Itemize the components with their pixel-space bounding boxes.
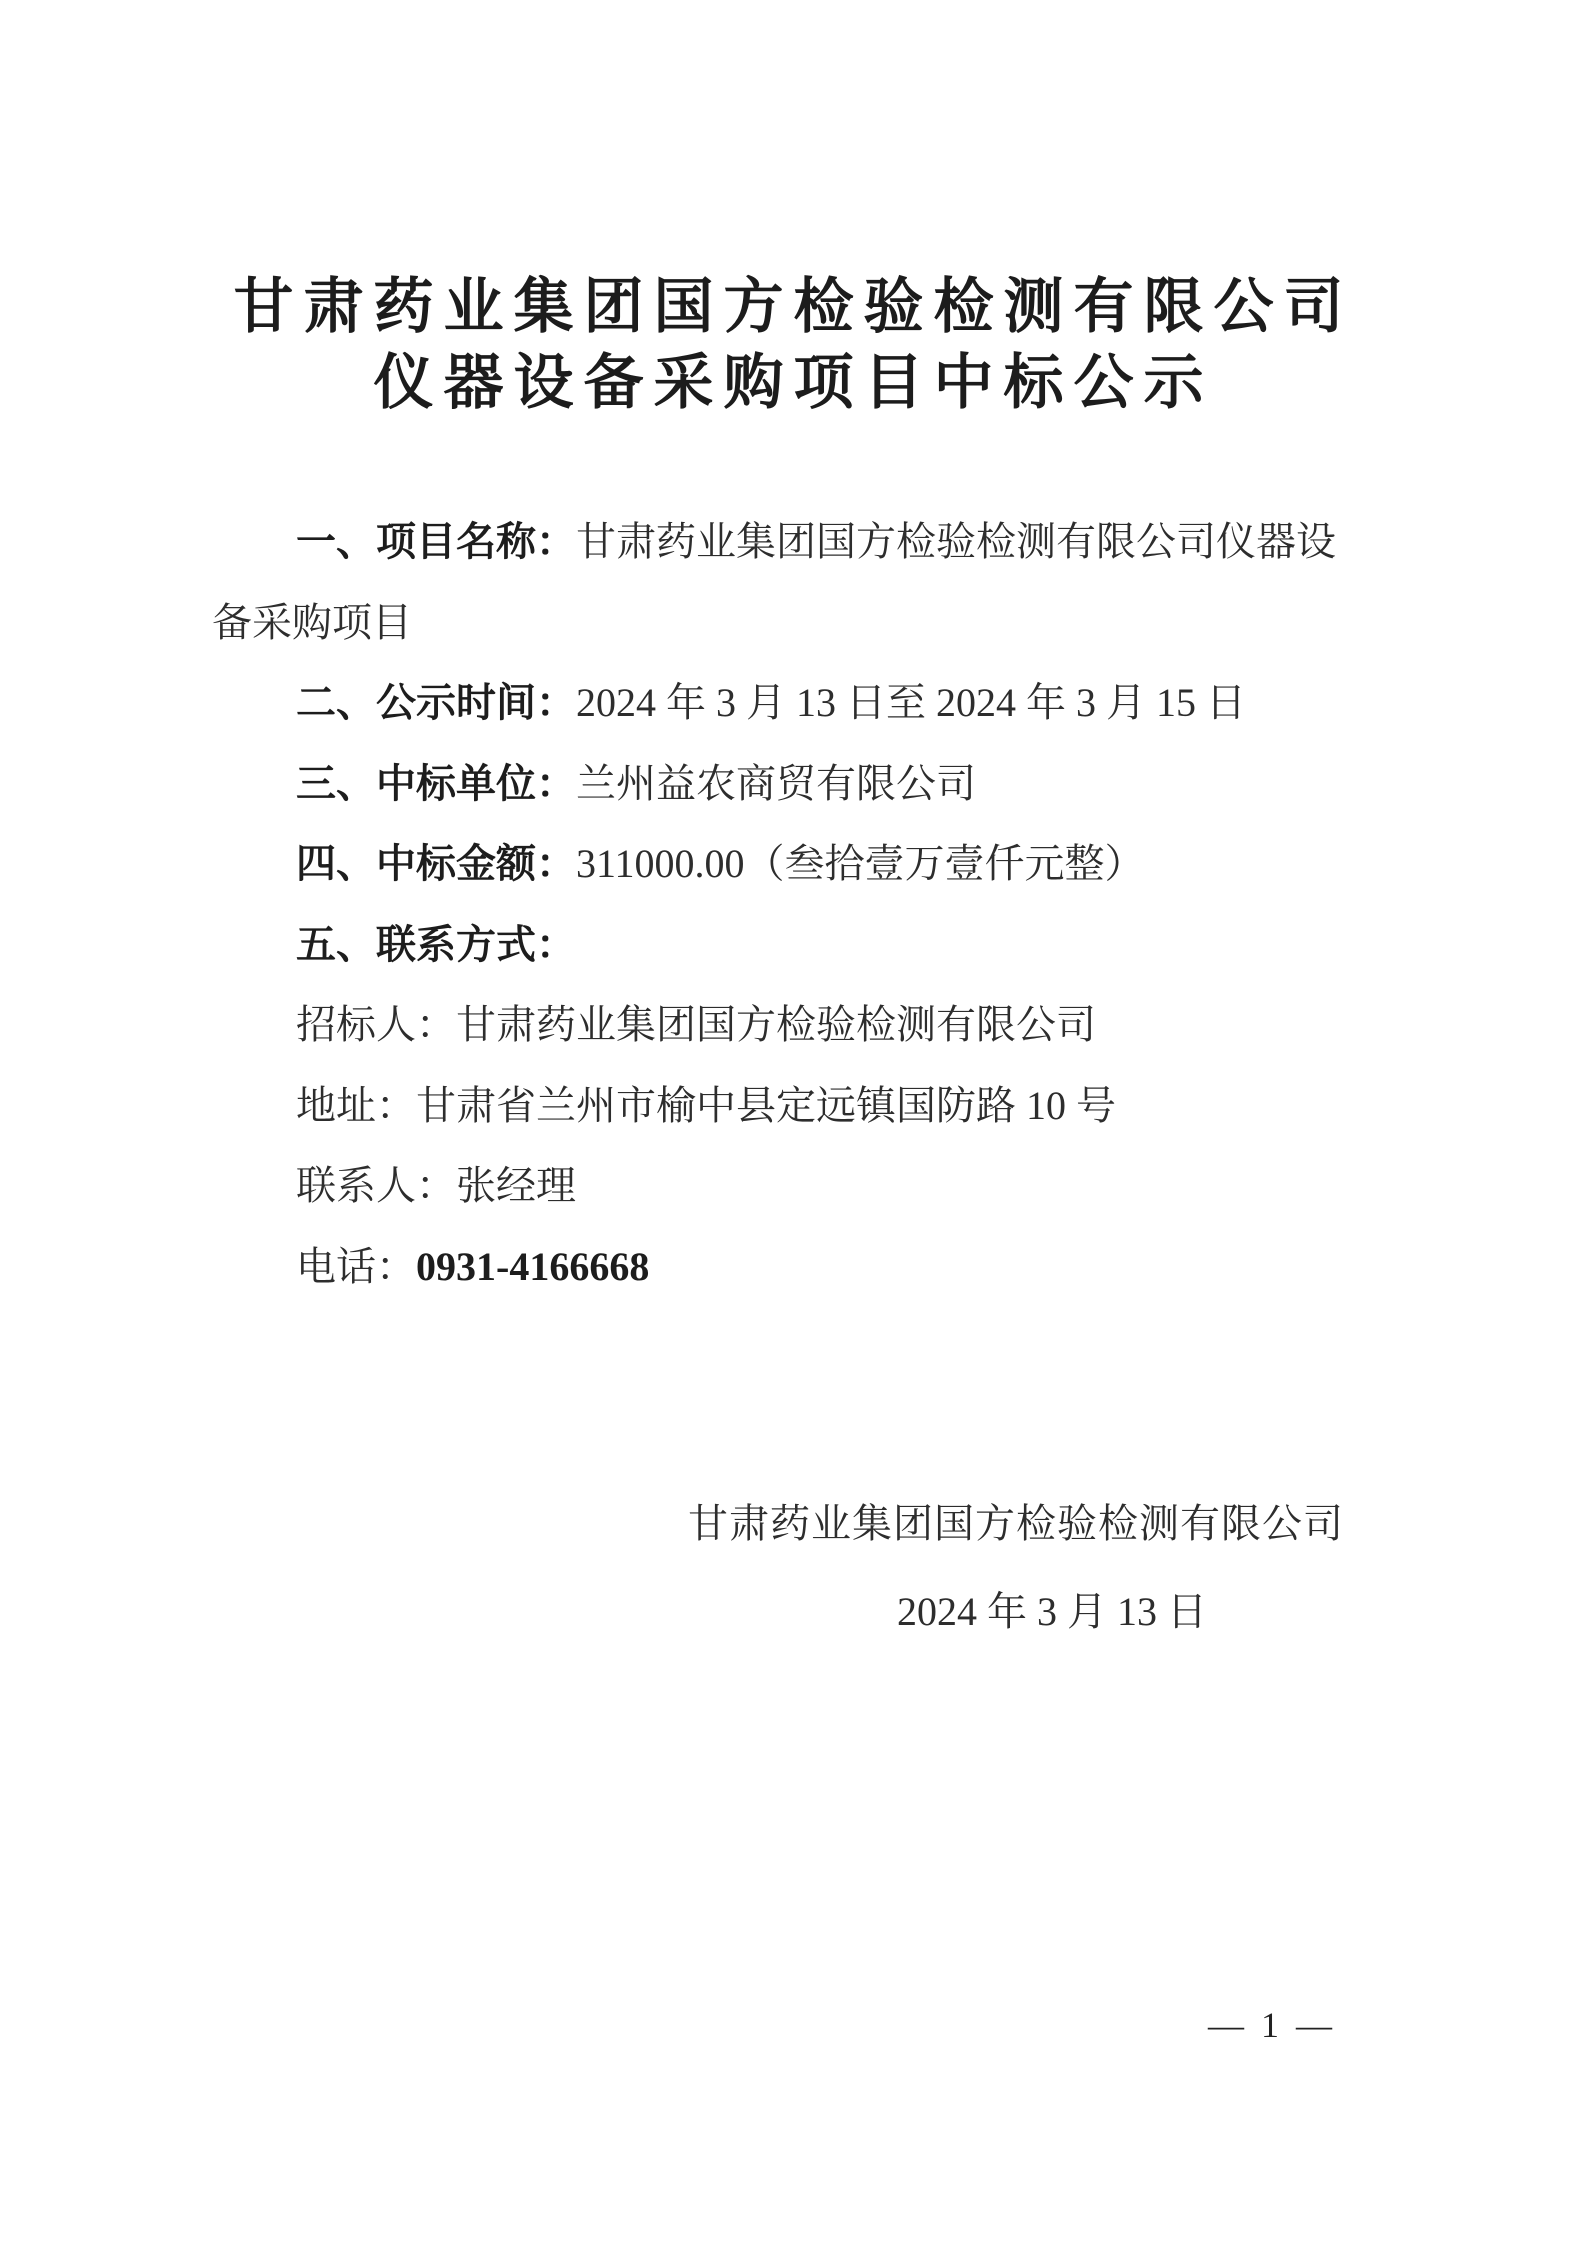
body-line-text: 电话：	[296, 1244, 416, 1289]
body-line-phone: 电话：0931-4166668	[212, 1227, 1392, 1308]
body-line-label: 一、项目名称：	[296, 520, 576, 564]
body-line-label: 三、中标单位：	[296, 762, 576, 806]
body-line-text: 地址：甘肃省兰州市榆中县定远镇国防路 10 号	[296, 1083, 1116, 1128]
signature-company: 甘肃药业集团国方检验检测有限公司	[688, 1492, 1344, 1549]
body-line-label: 四、中标金额：	[296, 842, 576, 886]
body-line-text: 311000.00（叁拾壹万壹仟元整）	[576, 841, 1145, 886]
body-line-text: 招标人：甘肃药业集团国方检验检测有限公司	[296, 1002, 1096, 1047]
body-line-text: 2024 年 3 月 13 日至 2024 年 3 月 15 日	[576, 680, 1246, 725]
body-line-contact-heading: 五、联系方式：	[212, 905, 1392, 986]
page-number: — 1 —	[1208, 2004, 1332, 2046]
body-line-tenderer: 招标人：甘肃药业集团国方检验检测有限公司	[212, 985, 1392, 1066]
document-body: 一、项目名称：甘肃药业集团国方检验检测有限公司仪器设 备采购项目 二、公示时间：…	[212, 502, 1392, 1307]
signature-date: 2024 年 3 月 13 日	[897, 1580, 1207, 1637]
document-title-line1: 甘肃药业集团国方检验检测有限公司	[0, 274, 1587, 340]
body-line-text: 联系人：张经理	[296, 1163, 576, 1208]
body-line-text: 兰州益农商贸有限公司	[576, 761, 976, 806]
phone-number: 0931-4166668	[416, 1244, 649, 1289]
body-line-winning-bidder: 三、中标单位：兰州益农商贸有限公司	[212, 744, 1392, 825]
body-line-label: 二、公示时间：	[296, 681, 576, 725]
body-line-label: 五、联系方式：	[296, 923, 576, 967]
document-page: 甘肃药业集团国方检验检测有限公司 仪器设备采购项目中标公示 一、项目名称：甘肃药…	[0, 0, 1587, 2245]
body-line-project-name: 一、项目名称：甘肃药业集团国方检验检测有限公司仪器设	[212, 502, 1392, 583]
body-line-contact-person: 联系人：张经理	[212, 1146, 1392, 1227]
body-line-text: 备采购项目	[212, 600, 412, 645]
body-line-winning-amount: 四、中标金额：311000.00（叁拾壹万壹仟元整）	[212, 824, 1392, 905]
body-line-address: 地址：甘肃省兰州市榆中县定远镇国防路 10 号	[212, 1066, 1392, 1147]
body-line-project-name-wrap: 备采购项目	[212, 583, 1392, 664]
body-line-publicity-period: 二、公示时间：2024 年 3 月 13 日至 2024 年 3 月 15 日	[212, 663, 1392, 744]
document-title-line2: 仪器设备采购项目中标公示	[0, 350, 1587, 416]
body-line-text: 甘肃药业集团国方检验检测有限公司仪器设	[576, 519, 1336, 564]
